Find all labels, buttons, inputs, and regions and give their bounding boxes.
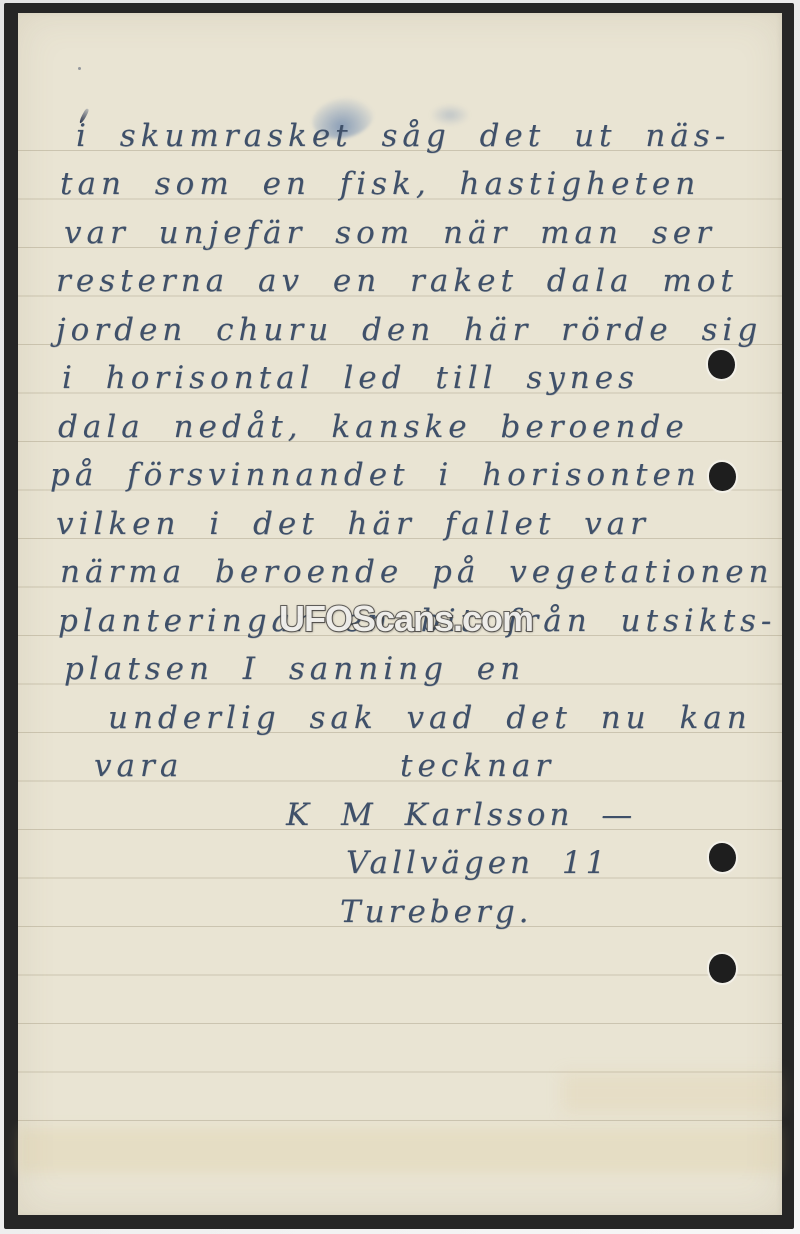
handwriting-line: underlig sak vad det nu kan [108,694,752,742]
handwriting-line: tan som en fisk, hastigheten [60,160,700,208]
handwriting-line: tecknar [400,742,555,790]
handwriting-line: platsen I sanning en [64,645,525,693]
handwriting-line: i horisontal led till synes [62,354,639,402]
signature-city: Tureberg. [340,888,533,936]
handwriting-line: dala nedåt, kanske beroende [58,403,689,451]
handwriting-line: i skumrasket såg det ut näs- [76,112,730,160]
handwriting-line: jorden churu den här rörde sig [56,306,762,354]
paper-discoloration [562,1073,782,1113]
signature-name: K M Karlsson — [286,791,636,839]
ink-speck [78,67,81,70]
punch-hole [708,350,735,379]
handwriting-line: var unjefär som när man ser [64,209,716,257]
watermark: UFOScans.com [279,598,533,640]
punch-hole [709,843,736,872]
punch-hole [709,954,736,983]
signature-street: Vallvägen 11 [346,839,609,887]
handwriting-line: vara [94,742,183,790]
paper-discoloration [18,1128,782,1173]
handwriting-line: på försvinnandet i horisonten [50,451,701,499]
scanned-letter-page: i skumrasket såg det ut näs- tan som en … [0,0,800,1234]
handwriting-line: resterna av en raket dala mot [56,257,738,305]
punch-hole [709,462,736,491]
handwriting-line: vilken i det här fallet var [56,500,650,548]
handwriting-line: närma beroende på vegetationen [60,548,774,596]
